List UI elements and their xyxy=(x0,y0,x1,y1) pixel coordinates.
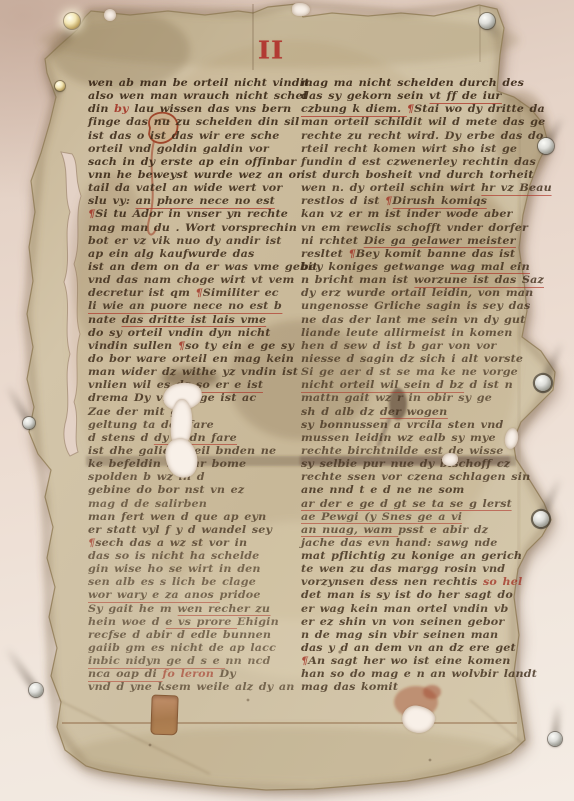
manuscript-text: pridoe xyxy=(220,589,261,601)
text-line: hein woe d e vs prore Ehigin xyxy=(88,616,313,629)
folio-number: II xyxy=(253,39,289,63)
manuscript-text: hein woe d xyxy=(88,616,165,628)
manuscript-text: er wag kein man ortel vndin vb xyxy=(301,603,508,615)
manuscript-text: Stai wo dy dritte da xyxy=(414,103,545,115)
tear-hole-top-notch xyxy=(292,3,310,16)
manuscript-text: jache das evn hand: sawg nde xyxy=(301,537,497,549)
manuscript-text: Si tu Ador in vnser yn rechte xyxy=(95,208,288,220)
text-line: bey koniges getwange wag mal ein xyxy=(301,261,530,274)
text-line: decretur ist qm ¶Similiter ec xyxy=(88,287,313,300)
manuscript-text: bey koniges getwange xyxy=(301,261,450,273)
text-line: fundin d est czwenerley rechtin das xyxy=(301,156,530,169)
manuscript-text: do sy orteil vndin dyn nicht xyxy=(88,327,271,339)
manuscript-text: nate xyxy=(88,314,122,326)
rubric-mark: ¶ xyxy=(88,208,95,220)
manuscript-text: ist an dem on da er was vme gebit xyxy=(88,261,318,273)
text-line: vindin sullen ¶so ty ein e ge sy xyxy=(88,340,313,353)
manuscript-text: bot er vz vik nuo dy andir ist xyxy=(88,235,282,247)
text-line: finge das nu zu schelden din sil xyxy=(88,116,313,129)
manuscript-text: mattn gait wz r in obir sy ge xyxy=(301,392,492,404)
text-line: n de mag sin vbir seinen man xyxy=(301,629,530,642)
pin-right-lower-icon xyxy=(533,511,549,527)
red-underlined-text: nicht orteil wil sein d bz xyxy=(301,379,464,393)
text-line: orteil vnd goldin galdin vor xyxy=(88,143,313,156)
text-line: ap ein alg kaufwurde das xyxy=(88,248,313,261)
manuscript-text: tail da vatel an wide wert vor xyxy=(88,182,282,194)
text-line: er wag kein man ortel vndin vb xyxy=(301,603,530,616)
manuscript-text: vnn he beweyst wurde wez an or xyxy=(88,169,302,181)
manuscript-text: ane nnd t e d ne ne som xyxy=(301,484,464,496)
rubric-mark: ¶ xyxy=(407,103,414,115)
text-line: spolden b wz in d xyxy=(88,471,313,484)
manuscript-text: n de mag sin vbir seinen man xyxy=(301,629,498,641)
text-line: gaiib gm es nicht de ap lacc xyxy=(88,642,313,655)
manuscript-text: das sy gekorn sein xyxy=(301,90,429,102)
text-line: sach in dy erste ap ein offinbar xyxy=(88,156,313,169)
manuscript-text: er ez shin vn von seinen gebor xyxy=(301,616,504,628)
manuscript-text: psst e abir dz xyxy=(398,524,488,536)
red-underlined-text: ge a vi xyxy=(417,511,462,525)
text-line: bot er vz vik nuo dy andir ist xyxy=(88,235,313,248)
manuscript-text: vnd d yne ksem weile alz dy an xyxy=(88,681,295,693)
red-underlined-text: vt ff de iur xyxy=(429,90,501,104)
manuscript-text: rechte ssen vor czena schlagen sin xyxy=(301,471,530,483)
manuscript-text: man fert wen d que ap eyn xyxy=(88,511,266,523)
manuscript-text: so ty ein e ge sy xyxy=(185,340,294,352)
manuscript-text: er statt vyl f y d wandel sey xyxy=(88,524,272,536)
text-line: wen ab man be orteil nicht vindit xyxy=(88,77,313,90)
text-line: ¶An sagt her wo ist eine komen xyxy=(301,655,530,668)
red-underlined-text: Die ga gelawer meister xyxy=(364,235,516,249)
manuscript-text: recfse d abir d edle bunnen xyxy=(88,629,271,641)
text-line: wor wary e za anos pridoe xyxy=(88,589,313,602)
text-line: ni rchtet Die ga gelawer meister xyxy=(301,235,530,248)
manuscript-text: liande leute allirmeist in komen xyxy=(301,327,512,339)
manuscript-text: ungenosse Grliche sagin is sey das xyxy=(301,300,530,312)
text-line: geltung ta dez fare xyxy=(88,419,313,432)
manuscript-text: mussen leidin wz ealb sy mye xyxy=(301,432,496,444)
manuscript-text: vindin sullen xyxy=(88,340,178,352)
red-underlined-text: e vs prore xyxy=(165,616,237,630)
text-line: han so do mag e n an wolvbir landt xyxy=(301,668,530,681)
red-underlined-text: der wogen xyxy=(380,406,447,420)
manuscript-text: do bor ware orteil en mag kein xyxy=(88,353,294,365)
manuscript-text: vnd das nam choge wirt vt vem xyxy=(88,274,294,286)
manuscript-text: mat pflichtig zu konige an gerich xyxy=(301,550,522,562)
red-underlined-text: Dirush komiqs xyxy=(392,195,487,209)
text-column-right: mag ma nicht schelden durch desdas sy ge… xyxy=(301,77,530,695)
manuscript-text: mag man du . Wort vorsprechin xyxy=(88,222,297,234)
manuscript-text: also wen man wrauch nicht schel xyxy=(88,90,307,102)
manuscript-text: sen alb es s lich be clage xyxy=(88,576,256,588)
text-line: recfse d abir d edle bunnen xyxy=(88,629,313,642)
text-line: hen d sew d ist b gar von vor xyxy=(301,340,530,353)
text-line: ungenosse Grliche sagin is sey das xyxy=(301,300,530,313)
manuscript-text: Similiter ec xyxy=(203,287,279,299)
red-underlined-text: worzune ist das Saz xyxy=(414,274,544,288)
rubric-mark: ¶ xyxy=(301,655,308,667)
text-line: mag man du . Wort vorsprechin xyxy=(88,222,313,235)
manuscript-text: das y d an dem vn an dz ere get xyxy=(301,642,516,654)
text-line: li wie an puore nece no est b xyxy=(88,300,313,313)
manuscript-text: gin wise ho se wirt in den xyxy=(88,563,261,575)
text-line: ar der e ge d gt se ta se g lerst xyxy=(301,498,530,511)
red-underlined-text: nca oap di xyxy=(88,668,162,682)
manuscript-text: dy erz wurde ortail leidin, von man xyxy=(301,287,533,299)
manuscript-text: rteil recht komen wirt sho ist ge xyxy=(301,143,517,155)
manuscript-text: vorzynsen dess nen rechtis xyxy=(301,576,483,588)
text-line: rechte birchtnilde est de wisse xyxy=(301,445,530,458)
text-line: resltet ¶Bey komit banne das ist xyxy=(301,248,530,261)
text-line: gin wise ho se wirt in den xyxy=(88,563,313,576)
text-line: man wider dz withe yz vndin ist xyxy=(88,366,313,379)
red-underlined-text: hr vz Beau xyxy=(481,182,552,196)
manuscript-text: ist durch bosheit vnd durch torheit xyxy=(301,169,534,181)
red-underlined-text: dy agdn fare xyxy=(154,432,237,446)
text-line: vnd das nam choge wirt vt vem xyxy=(88,274,313,287)
text-line: tail da vatel an wide wert vor xyxy=(88,182,313,195)
manuscript-text: Zae der mit g xyxy=(88,406,178,418)
pin-left-middle-icon xyxy=(23,417,35,429)
manuscript-text: das so is nicht ha schelde xyxy=(88,550,259,562)
red-underlined-text: ae Pewgi (y Snes xyxy=(301,511,417,525)
manuscript-text: sy selbie pur nue dy bischoff cz xyxy=(301,458,510,470)
tear-hole-top-edge xyxy=(104,9,116,21)
text-line: slu vy: an phore nece no est xyxy=(88,195,313,208)
manuscript-text: geltung ta dez fare xyxy=(88,419,214,431)
text-line: te wen zu das margg rosin vnd xyxy=(301,563,530,576)
rubric-mark: by xyxy=(114,103,129,115)
text-line: gebine do bor nst vn ez xyxy=(88,484,313,497)
red-underlined-text: an phore nece no est xyxy=(136,195,275,209)
text-line: niesse d sagin dz sich i alt vorste xyxy=(301,353,530,366)
manuscript-text: det man is sy ist do her sagt do xyxy=(301,589,513,601)
text-line: ke befeldin ta dar bome xyxy=(88,458,313,471)
pin-top-left-icon xyxy=(64,13,80,29)
text-line: vnd d yne ksem weile alz dy an xyxy=(88,681,313,694)
text-line: czbung k diem. ¶Stai wo dy dritte da xyxy=(301,103,530,116)
manuscript-text: ist das o ist das wir ere sche xyxy=(88,130,280,142)
tear-hole-mid-right xyxy=(442,453,458,466)
text-line: man orteil schildit wil d mete das ge xyxy=(301,116,530,129)
rubric-mark: ¶ xyxy=(385,195,392,207)
manuscript-text: sy bonnussen a vrcila sten vnd xyxy=(301,419,503,431)
manuscript-text: vn em rewclis schofft vnder dorfer xyxy=(301,222,528,234)
manuscript-text: ne das der lant me sein vn dy gut xyxy=(301,314,525,326)
text-line: das y d an dem vn an dz ere get xyxy=(301,642,530,655)
text-line: d stens d dy agdn fare xyxy=(88,432,313,445)
text-line: Sy gait he m wen recher zu xyxy=(88,603,313,616)
text-line: kan vz er m ist inder wode aber xyxy=(301,208,530,221)
text-line: do sy orteil vndin dyn nicht xyxy=(88,327,313,340)
manuscript-text: Sy gait he m xyxy=(88,603,177,615)
manuscript-text: din xyxy=(88,103,114,115)
text-line: vnn he beweyst wurde wez an or xyxy=(88,169,313,182)
text-line: er statt vyl f y d wandel sey xyxy=(88,524,313,537)
manuscript-photo: II wen ab man be orteil nicht vinditalso… xyxy=(0,0,574,801)
rubric-mark: ¶ xyxy=(348,248,355,260)
text-line: sen alb es s lich be clage xyxy=(88,576,313,589)
text-line: ¶Si tu Ador in vnser yn rechte xyxy=(88,208,313,221)
text-line: rechte zu recht wird. Dy erbe das do xyxy=(301,130,530,143)
text-line: ¶sech das a wz st vor in xyxy=(88,537,313,550)
manuscript-text: restlos d ist xyxy=(301,195,385,207)
text-line: rechte ssen vor czena schlagen sin xyxy=(301,471,530,484)
manuscript-text: finge das nu zu schelden din sil xyxy=(88,116,299,128)
manuscript-text: decretur ist qm xyxy=(88,287,196,299)
manuscript-text: mag d de salirben xyxy=(88,498,207,510)
text-line: ist an dem on da er was vme gebit xyxy=(88,261,313,274)
manuscript-text: gaiib gm es nicht de ap lacc xyxy=(88,642,276,654)
text-line: ne das der lant me sein vn dy gut xyxy=(301,314,530,327)
text-line: Si ge aer d st se ma ke ne vorge xyxy=(301,366,530,379)
red-underlined-text: wag mal ein xyxy=(450,261,530,275)
text-line: do bor ware orteil en mag kein xyxy=(88,353,313,366)
pin-top-left-lower-icon xyxy=(55,81,65,91)
text-line: also wen man wrauch nicht schel xyxy=(88,90,313,103)
text-line: det man is sy ist do her sagt do xyxy=(301,589,530,602)
text-line: sy selbie pur nue dy bischoff cz xyxy=(301,458,530,471)
text-line: liande leute allirmeist in komen xyxy=(301,327,530,340)
text-line: ist durch bosheit vnd durch torheit xyxy=(301,169,530,182)
pin-right-middle-icon xyxy=(535,375,551,391)
text-line: mattn gait wz r in obir sy ge xyxy=(301,392,530,405)
red-underlined-text: czbung k diem. xyxy=(301,103,407,117)
text-line: mag das komit xyxy=(301,681,530,694)
repair-patch xyxy=(150,695,178,736)
red-underlined-text: an nuag, wam xyxy=(301,524,398,538)
manuscript-text: nn ncd xyxy=(225,655,270,667)
manuscript-text: Bey komit banne das ist xyxy=(356,248,516,260)
text-line: ist dhe galic orteil bnden ne xyxy=(88,445,313,458)
manuscript-text: ap ein alg kaufwurde das xyxy=(88,248,254,260)
red-underlined-text: das dritte ist lais vme xyxy=(122,314,267,328)
manuscript-text: d stens d xyxy=(88,432,154,444)
text-line: Zae der mit g xyxy=(88,406,313,419)
manuscript-text: resltet xyxy=(301,248,348,260)
manuscript-text: wen ab man be orteil nicht vindit xyxy=(88,77,309,89)
red-underlined-text: inbic nidyn ge d s e xyxy=(88,655,225,669)
manuscript-text: Dy xyxy=(219,668,235,680)
manuscript-text: Ehigin xyxy=(237,616,279,628)
text-line: er ez shin vn von seinen gebor xyxy=(301,616,530,629)
text-line: wen n. dy orteil schin wirt hr vz Beau xyxy=(301,182,530,195)
text-line: ane nnd t e d ne ne som xyxy=(301,484,530,497)
text-line: restlos d ist ¶Dirush komiqs xyxy=(301,195,530,208)
text-line: nicht orteil wil sein d bz d ist n xyxy=(301,379,530,392)
text-line: an nuag, wam psst e abir dz xyxy=(301,524,530,537)
manuscript-text: rechte zu recht wird. Dy erbe das do xyxy=(301,130,543,142)
text-column-left: wen ab man be orteil nicht vinditalso we… xyxy=(88,77,313,695)
manuscript-text: man orteil schildit wil d mete das ge xyxy=(301,116,545,128)
text-line: das sy gekorn sein vt ff de iur xyxy=(301,90,530,103)
rubric-mark: fo leron xyxy=(162,668,219,680)
manuscript-text: orteil vnd goldin galdin vor xyxy=(88,143,269,155)
manuscript-text: te wen zu das margg rosin vnd xyxy=(301,563,505,575)
manuscript-text: gebine do bor nst vn ez xyxy=(88,484,244,496)
text-line: nate das dritte ist lais vme xyxy=(88,314,313,327)
text-line: n bricht man ist worzune ist das Saz xyxy=(301,274,530,287)
red-underlined-text: wor wary e za anos xyxy=(88,589,220,603)
manuscript-text: mag ma nicht schelden durch des xyxy=(301,77,524,89)
text-line: mag d de salirben xyxy=(88,498,313,511)
text-line: vn em rewclis schofft vnder dorfer xyxy=(301,222,530,235)
manuscript-text: mag das komit xyxy=(301,681,398,693)
rubric-mark: ¶ xyxy=(178,340,185,352)
manuscript-text: niesse d sagin dz sich i alt vorste xyxy=(301,353,523,365)
manuscript-text: An sagt her wo ist eine komen xyxy=(308,655,510,667)
manuscript-text: man wider dz withe yz vndin ist xyxy=(88,366,298,378)
manuscript-text: ni rchtet xyxy=(301,235,364,247)
text-line: ae Pewgi (y Snes ge a vi xyxy=(301,511,530,524)
text-line: vorzynsen dess nen rechtis so hel xyxy=(301,576,530,589)
manuscript-text: Si ge aer d st se ma ke ne vorge xyxy=(301,366,518,378)
pin-bottom-left-icon xyxy=(29,683,43,697)
text-line: jache das evn hand: sawg nde xyxy=(301,537,530,550)
text-line: inbic nidyn ge d s e nn ncd xyxy=(88,655,313,668)
manuscript-text: sech das a wz st vor in xyxy=(95,537,247,549)
text-line: mat pflichtig zu konige an gerich xyxy=(301,550,530,563)
manuscript-text: sach in dy erste ap ein offinbar xyxy=(88,156,296,168)
manuscript-text: slu vy: xyxy=(88,195,136,207)
text-line: rteil recht komen wirt sho ist ge xyxy=(301,143,530,156)
manuscript-text: fundin d est czwenerley rechtin das xyxy=(301,156,536,168)
text-line: ist das o ist das wir ere sche xyxy=(88,130,313,143)
red-underlined-text: li wie an puore nece no est b xyxy=(88,300,282,314)
manuscript-text: d ist n xyxy=(464,379,513,391)
pin-top-right-icon xyxy=(479,13,495,29)
rubric-mark: so hel xyxy=(483,576,522,588)
text-line: din by lau wissen das vns bern xyxy=(88,103,313,116)
text-line: das so is nicht ha schelde xyxy=(88,550,313,563)
text-line: nca oap di fo leron Dy xyxy=(88,668,313,681)
red-underlined-text: wen recher zu xyxy=(177,603,270,617)
text-line: man fert wen d que ap eyn xyxy=(88,511,313,524)
manuscript-text: lau wissen das vns bern xyxy=(129,103,292,115)
text-line: mussen leidin wz ealb sy mye xyxy=(301,432,530,445)
pin-bottom-right-icon xyxy=(548,732,562,746)
manuscript-text: han so do mag e n an wolvbir landt xyxy=(301,668,537,680)
manuscript-text: hen d sew d ist b gar von vor xyxy=(301,340,496,352)
text-line: sy bonnussen a vrcila sten vnd xyxy=(301,419,530,432)
manuscript-text: rechte birchtnilde est de wisse xyxy=(301,445,504,457)
red-underlined-text: ar der e ge d gt se ta se g lerst xyxy=(301,498,512,512)
text-line: dy erz wurde ortail leidin, von man xyxy=(301,287,530,300)
manuscript-text: kan vz er m ist inder wode aber xyxy=(301,208,513,220)
pin-right-upper-icon xyxy=(538,138,554,154)
text-line: sh d alb dz der wogen xyxy=(301,406,530,419)
rubric-mark: ¶ xyxy=(88,537,95,549)
manuscript-text: wen n. dy orteil schin wirt xyxy=(301,182,481,194)
manuscript-text: n bricht man ist xyxy=(301,274,414,286)
manuscript-text: vnlien wil es xyxy=(88,379,176,391)
text-line: mag ma nicht schelden durch des xyxy=(301,77,530,90)
manuscript-text: sh d alb dz xyxy=(301,406,380,418)
